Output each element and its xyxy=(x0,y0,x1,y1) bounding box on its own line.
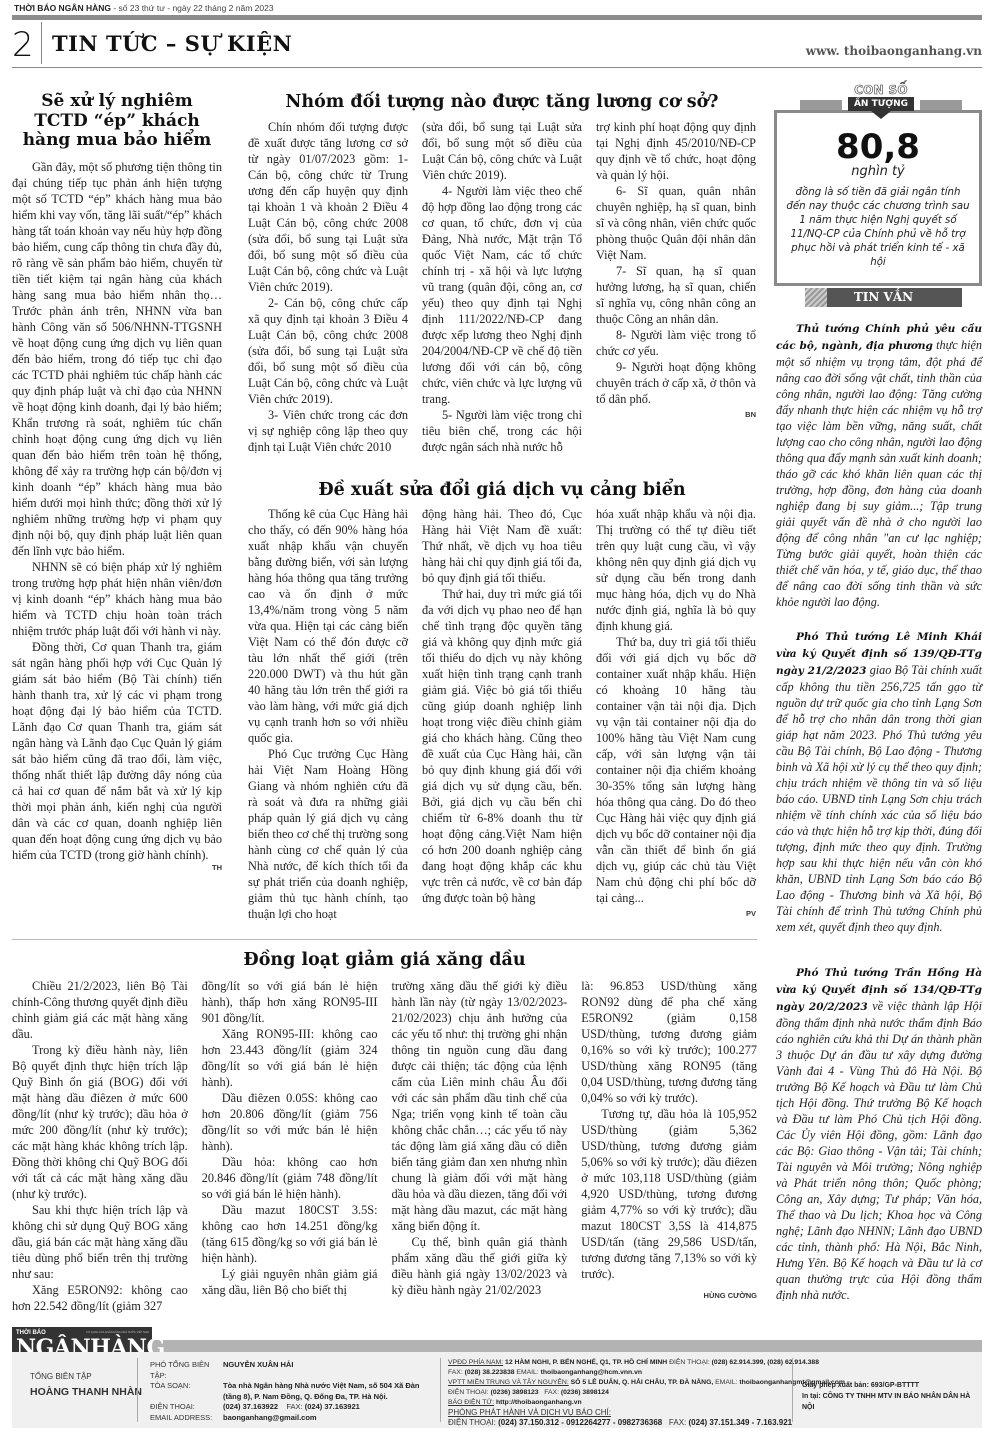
phone-label: ĐIỆN THOẠI: xyxy=(150,1402,223,1413)
byline: HÙNG CƯỜNG xyxy=(581,1288,757,1304)
paragraph: Chín nhóm đối tượng được đề xuất được tă… xyxy=(248,119,408,295)
tin-van-text: thực hiện một số nhiệm vụ trọng tâm, đột… xyxy=(776,338,982,609)
paragraph: Thứ hai, duy trì mức giá tối đa với dịch… xyxy=(422,586,582,906)
fax-value: (024) 37.163921 xyxy=(305,1402,360,1413)
central-office-address: SỐ 5 LÊ DUẨN, Q. HẢI CHÂU, TP. ĐÀ NẴNG, xyxy=(571,1379,714,1386)
column: trường xăng dầu thế giới kỳ điều hành lầ… xyxy=(392,978,568,1314)
stat-number: 80,8 xyxy=(774,127,982,167)
office-label: TÒA SOẠN: xyxy=(150,1381,223,1402)
paragraph: Tương tự, dầu hỏa là 105,952 USD/thùng (… xyxy=(581,1106,757,1282)
south-office-label: VPĐD PHÍA NAM: xyxy=(448,1359,503,1366)
editor-in-chief-label: TỔNG BIÊN TẬP xyxy=(30,1372,92,1381)
south-phone-label: ĐIỆN THOẠI: xyxy=(669,1359,710,1366)
column: (sửa đổi, bổ sung tại Luật sửa đổi, bổ s… xyxy=(422,119,582,455)
paragraph: 6- Sĩ quan, quân nhân chuyên nghiệp, hạ … xyxy=(596,183,756,263)
office-address: Tòa nhà Ngân hàng Nhà nước Việt Nam, số … xyxy=(223,1381,430,1402)
paragraph: hóa xuất nhập khẩu và nội địa. Thị trườn… xyxy=(596,506,756,634)
article-insurance: Sẽ xử lý nghiêm TCTD “ép” khách hàng mua… xyxy=(12,92,222,872)
distribution-phone-label: ĐIỆN THOẠI: xyxy=(448,1418,496,1427)
paragraph: là: 96.853 USD/thùng xăng RON92 dùng để … xyxy=(581,978,757,1106)
printer-info: In tại: CÔNG TY TNHH MTV IN BÁO NHÂN DÂN… xyxy=(802,1393,970,1411)
paragraph: (sửa đổi, bổ sung tại Luật sửa đổi, bổ s… xyxy=(422,119,582,183)
article-fuel: Đồng loạt giảm giá xăng dầu Chiều 21/2/2… xyxy=(12,950,757,1314)
stat-badge-line2: ẤN TƯỢNG xyxy=(848,97,914,111)
column: hóa xuất nhập khẩu và nội địa. Thị trườn… xyxy=(596,506,756,922)
column: trợ kinh phí hoạt động quy định tại Nghị… xyxy=(596,119,756,455)
website-link[interactable]: www. thoibaonganhang.vn xyxy=(806,44,982,58)
paragraph: Lý giải nguyên nhân giảm giá xăng dầu, l… xyxy=(202,1266,378,1298)
distribution-fax: (024) 37.151.349 - 7.163.921 xyxy=(688,1418,792,1427)
paragraph: 9- Người hoạt động không chuyên trách ở … xyxy=(596,359,756,407)
paragraph: 4- Người làm việc theo chế độ hợp đồng l… xyxy=(422,183,582,407)
section-title: TIN TỨC – SỰ KIỆN xyxy=(52,31,292,56)
masthead-bar xyxy=(12,15,982,20)
stat-box-tab-right xyxy=(920,100,962,110)
footer-divider xyxy=(440,1358,441,1422)
header-divider xyxy=(12,67,982,68)
deputy-name: NGUYỄN XUÂN HẢI xyxy=(223,1360,293,1381)
paragraph: động hàng hải. Theo đó, Cục Hàng hải Việ… xyxy=(422,506,582,586)
paragraph: Gần đây, một số phương tiện thông tin đạ… xyxy=(12,159,222,559)
stat-description: đồng là số tiền đã giải ngân tính đến na… xyxy=(786,186,970,270)
paragraph: Dầu hỏa: không cao hơn 20.846 đồng/lít (… xyxy=(202,1154,378,1202)
distribution-phone: (024) 37.150.312 - 0912264277 - 09827363… xyxy=(498,1418,662,1427)
paper-name: THỜI BÁO NGÂN HÀNG xyxy=(14,3,111,13)
paragraph: 7- Sĩ quan, hạ sĩ quan hưởng lương, hạ s… xyxy=(596,263,756,327)
south-fax: (028) 38.223838 xyxy=(465,1369,515,1376)
phone-value: (024) 37.163922 xyxy=(223,1402,278,1413)
paragraph: Phó Cục trưởng Cục Hàng hải Việt Nam Hoà… xyxy=(248,746,408,922)
online-label: BÁO ĐIỆN TỬ: xyxy=(448,1399,494,1406)
paragraph: Xăng RON95-III: không cao hơn 23.443 đồn… xyxy=(202,1026,378,1090)
email-label: EMAIL ADDRESS: xyxy=(150,1413,223,1424)
paragraph: Thống kê của Cục Hàng hải cho thấy, có đ… xyxy=(248,506,408,746)
paragraph: Sau khi thực hiện trích lập và không chi… xyxy=(12,1202,188,1282)
paragraph: Dầu điêzen 0.05S: không cao hơn 20.806 đ… xyxy=(202,1090,378,1154)
article-body: Chiều 21/2/2023, liên Bộ Tài chính-Công … xyxy=(12,978,757,1314)
paragraph: 2- Cán bộ, công chức cấp xã quy định tại… xyxy=(248,295,408,407)
fax-label: FAX: xyxy=(286,1402,302,1413)
stat-badge-line1: CON SỐ xyxy=(848,84,914,97)
distribution-label: PHÒNG PHÁT HÀNH VÀ DỊCH VỤ BÁO CHÍ: xyxy=(448,1408,611,1417)
article-headline: Đề xuất sửa đổi giá dịch vụ cảng biển xyxy=(248,480,756,500)
column: Chín nhóm đối tượng được đề xuất được tă… xyxy=(248,119,408,455)
article-seaport: Đề xuất sửa đổi giá dịch vụ cảng biển Th… xyxy=(248,480,756,922)
online-url-link[interactable]: http://thoibaonganhang.vn xyxy=(496,1399,582,1406)
publishing-info: Giấy phép xuất bản: 693/GP-BTTTT In tại:… xyxy=(802,1380,980,1413)
paragraph: Chiều 21/2/2023, liên Bộ Tài chính-Công … xyxy=(12,978,188,1042)
south-phone: (028) 62.914.399, (028) 62.914.388 xyxy=(712,1359,819,1366)
stat-box-tab-left xyxy=(800,100,842,110)
article-body: Chín nhóm đối tượng được đề xuất được tă… xyxy=(248,119,756,455)
tin-van-item: Thủ tướng Chính phủ yêu cầu các bộ, ngàn… xyxy=(776,320,982,610)
paragraph: Trong kỳ điều hành này, liên Bộ quyết đị… xyxy=(12,1042,188,1202)
paragraph: Thứ ba, duy trì giá tối thiểu đối với gi… xyxy=(596,634,756,906)
central-phone-label: ĐIỆN THOẠI: xyxy=(448,1389,489,1396)
stat-badge: CON SỐ ẤN TƯỢNG xyxy=(848,84,914,124)
footer-divider xyxy=(137,1358,138,1422)
paragraph: Xăng E5RON92: không cao hơn 22.542 đồng/… xyxy=(12,1282,188,1314)
page-number-divider xyxy=(41,22,42,64)
paragraph: NHNN sẽ có biện pháp xử lý nghiêm trong … xyxy=(12,559,222,639)
column: Thống kê của Cục Hàng hải cho thấy, có đ… xyxy=(248,506,408,922)
section-divider xyxy=(12,939,757,940)
page-number: 2 xyxy=(12,26,34,64)
column: động hàng hải. Theo đó, Cục Hàng hải Việ… xyxy=(422,506,582,922)
byline: TH xyxy=(12,863,222,872)
tin-van-item: Phó Thủ tướng Trần Hồng Hà vừa ký Quyết … xyxy=(776,964,982,1303)
deputy-label: PHÓ TỔNG BIÊN TẬP: xyxy=(150,1360,223,1381)
paragraph: đồng/lít so với giá bán lẻ hiện hành), t… xyxy=(202,978,378,1026)
logo-tagline: CƠ QUAN CỦA NGÂN HÀNG NHÀ NƯỚC VIỆT NAM xyxy=(86,1331,149,1334)
badge-pointer-icon xyxy=(871,111,891,119)
tin-van-item: Phó Thủ tướng Lê Minh Khái vừa ký Quyết … xyxy=(776,628,982,935)
article-headline: Nhóm đối tượng nào được tăng lương cơ sở… xyxy=(248,92,756,112)
stripe-decoration-icon xyxy=(805,288,827,307)
article-headline: Đồng loạt giảm giá xăng dầu xyxy=(12,950,757,970)
tin-van-title: TIN VẮN xyxy=(854,290,913,304)
article-headline: Sẽ xử lý nghiêm TCTD “ép” khách hàng mua… xyxy=(12,92,222,151)
footer-divider xyxy=(792,1358,793,1422)
south-fax-label: FAX: xyxy=(448,1369,463,1376)
stat-unit: nghìn tỷ xyxy=(774,164,982,179)
central-phone: (0236) 3898123 xyxy=(491,1389,539,1396)
editor-in-chief-name: HOÀNG THANH NHÀN xyxy=(30,1386,142,1398)
tin-van-text: giao Bộ Tài chính xuất cấp không thu tiề… xyxy=(776,663,982,934)
central-fax: (0236) 3898124 xyxy=(561,1389,609,1396)
central-email-label: EMAIL: xyxy=(715,1379,737,1386)
paragraph: 8- Người làm việc trong tổ chức cơ yếu. xyxy=(596,327,756,359)
paragraph: trường xăng dầu thế giới kỳ điều hành lầ… xyxy=(392,978,568,1234)
column: Chiều 21/2/2023, liên Bộ Tài chính-Công … xyxy=(12,978,188,1314)
distribution-fax-label: FAX: xyxy=(669,1418,686,1427)
head-office-info: PHÓ TỔNG BIÊN TẬP:NGUYỄN XUÂN HẢI TÒA SO… xyxy=(150,1360,430,1423)
footer-bar xyxy=(152,1340,982,1352)
article-body: Thống kê của Cục Hàng hải cho thấy, có đ… xyxy=(248,506,756,922)
south-email-link[interactable]: thoibaonganhang@hcm.vnn.vn xyxy=(541,1369,642,1376)
issue-info: - số 23 thứ tư - ngày 22 tháng 2 năm 202… xyxy=(111,3,274,13)
footer-info-panel: TỔNG BIÊN TẬP HOÀNG THANH NHÀN PHÓ TỔNG … xyxy=(12,1352,982,1428)
license-info: Giấy phép xuất bản: 693/GP-BTTTT xyxy=(802,1382,919,1389)
paragraph: Cụ thể, bình quân giá thành phẩm xăng dầ… xyxy=(392,1234,568,1298)
paragraph: 5- Người làm việc trong chỉ tiêu biên ch… xyxy=(422,407,582,455)
south-email-label: EMAIL: xyxy=(516,1369,538,1376)
south-office-address: 12 HÀM NGHI, P. BẾN NGHÉ, Q1, TP. HỒ CHÍ… xyxy=(505,1359,667,1366)
tin-van-header: TIN VẮN xyxy=(805,288,962,307)
article-body: Gần đây, một số phương tiện thông tin đạ… xyxy=(12,159,222,863)
byline: BN xyxy=(596,407,756,423)
email-link[interactable]: baonganhang@gmail.com xyxy=(223,1413,317,1424)
central-office-label: VPTT MIỀN TRUNG VÀ TÂY NGUYÊN: xyxy=(448,1379,569,1386)
byline: PV xyxy=(596,906,756,922)
issue-line: THỜI BÁO NGÂN HÀNG - số 23 thứ tư - ngày… xyxy=(14,3,274,13)
tin-van-text: về việc thành lập Hội đồng thẩm định nhà… xyxy=(776,999,982,1302)
paragraph: trợ kinh phí hoạt động quy định tại Nghị… xyxy=(596,119,756,183)
column: là: 96.853 USD/thùng xăng RON92 dùng để … xyxy=(581,978,757,1314)
central-fax-label: FAX: xyxy=(544,1389,559,1396)
column: đồng/lít so với giá bán lẻ hiện hành), t… xyxy=(202,978,378,1314)
paragraph: Dầu mazut 180CST 3.5S: không cao hơn 14.… xyxy=(202,1202,378,1266)
paragraph: 3- Viên chức trong các đơn vị sự nghiệp … xyxy=(248,407,408,455)
paragraph: Đồng thời, Cơ quan Thanh tra, giám sát n… xyxy=(12,639,222,863)
article-salary: Nhóm đối tượng nào được tăng lương cơ sở… xyxy=(248,92,756,455)
